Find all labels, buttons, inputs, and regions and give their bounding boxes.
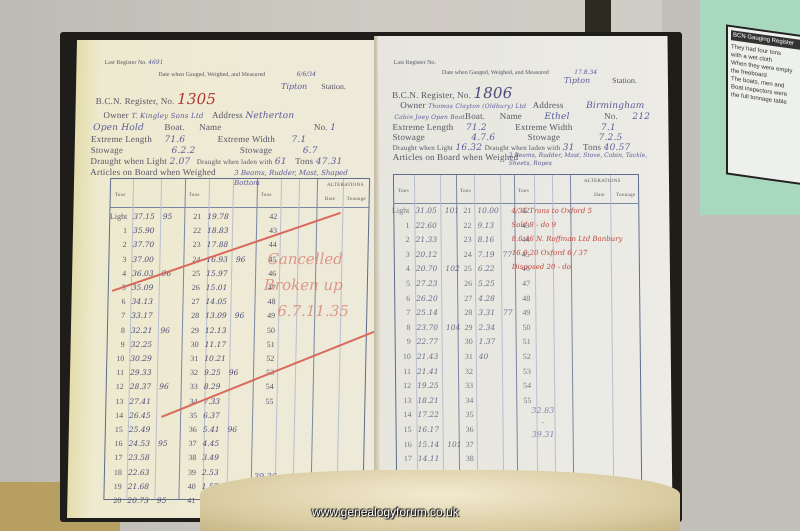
table-row: 733.17 (107, 311, 153, 320)
table-row: 2515.97 (182, 269, 228, 278)
row-inches: 23.58 (128, 453, 150, 462)
row-ton: 34 (455, 396, 473, 405)
last-register: Last Register No. (394, 58, 436, 68)
row-inches: 31.05 (415, 206, 437, 215)
last-register: Last Register No. 4691 (104, 58, 163, 68)
row-hundredths: 96 (159, 382, 169, 391)
row-ton: 40 (178, 482, 196, 491)
table-row: 38 (456, 454, 480, 463)
info-sign: BCN Gauging Register They had four tons … (726, 24, 800, 185)
table-row: 135.90 (109, 226, 155, 235)
table-row: 823.70104 (392, 323, 460, 332)
row-inches: 30.29 (130, 354, 152, 363)
row-ton: 21 (183, 212, 201, 221)
table-row: 527.23 (392, 279, 438, 288)
row-inches: 26.20 (416, 294, 438, 303)
row-ton: 52 (256, 354, 274, 363)
row-inches: 22.60 (415, 221, 437, 230)
table-row: 1219.25 (393, 381, 439, 390)
table-row: 337.00 (108, 255, 154, 264)
table-row: 392.53 (178, 468, 219, 477)
row-ton: 30 (181, 340, 199, 349)
row-ton: 3 (392, 250, 410, 259)
row-ton: 7 (107, 311, 125, 320)
row-inches: 27.41 (129, 397, 151, 406)
total-1: 32.83 (531, 406, 554, 416)
cancel-scrawl: Cancelled (267, 250, 343, 268)
row-ton: 16 (394, 440, 412, 449)
row-inches: 15.01 (206, 283, 228, 292)
length-width-line: Extreme Length 71.6 Extreme Width 7.1 (91, 134, 307, 145)
table-row: 48 (512, 294, 536, 303)
row-ton: Light (391, 206, 409, 215)
display-pole (585, 0, 611, 32)
row-ton: Light (109, 212, 127, 221)
table-row: 320.12 (392, 250, 438, 259)
table-row: 420.70102 (392, 264, 460, 273)
alteration-entry: Sold 8 - do 9 (511, 220, 556, 230)
table-row: 55 (255, 397, 279, 406)
row-ton: 29 (181, 326, 199, 335)
row-inches: 37.70 (133, 240, 155, 249)
row-ton: 19 (104, 482, 122, 491)
row-inches: 29.33 (130, 368, 152, 377)
table-row: Light31.05101 (391, 206, 459, 215)
articles-line: Articles on Board when Weighed (90, 167, 216, 177)
row-inches: 33.17 (131, 311, 153, 320)
row-ton: 31 (455, 352, 473, 361)
row-inches: 9.25 (204, 368, 221, 377)
col-header: Tons (189, 193, 200, 198)
cancel-scrawl: Broken up (264, 276, 343, 294)
draught-line: Draught when Light 2.07 Draught when lad… (90, 156, 342, 167)
row-inches: 20.12 (416, 250, 438, 259)
register-number: B.C.N. Register, No. 1806 (392, 88, 512, 100)
row-ton: 35 (455, 410, 473, 419)
row-ton: 37 (178, 439, 196, 448)
table-row: 51 (513, 337, 537, 346)
table-row: 2615.01 (182, 283, 228, 292)
row-hundredths: 77 (503, 308, 513, 317)
row-ton: 13 (393, 396, 411, 405)
row-ton: 55 (255, 397, 273, 406)
row-ton: 3 (108, 255, 126, 264)
alteration-entry: Disposed 20 - do (512, 262, 571, 272)
row-ton: 22 (183, 226, 201, 235)
row-ton: 7 (392, 308, 410, 317)
row-ton: 29 (454, 323, 472, 332)
row-ton: 32 (180, 368, 198, 377)
alterations-header: ALTERATIONS (327, 183, 364, 188)
station: Tipton Station. (281, 82, 346, 92)
row-inches: 1.37 (479, 337, 496, 346)
row-ton: 11 (106, 368, 124, 377)
row-ton: 2 (109, 240, 127, 249)
table-row: 2714.05 (181, 297, 227, 306)
row-ton: 10 (106, 354, 124, 363)
row-ton: 41 (177, 496, 195, 505)
table-row: 34 (455, 396, 479, 405)
row-inches: 15.97 (206, 269, 228, 278)
table-row: 3011.17 (181, 340, 227, 349)
row-hundredths: 96 (236, 255, 246, 264)
row-ton: 20 (103, 496, 121, 505)
table-row: 832.2196 (107, 326, 170, 335)
row-inches: 4.45 (202, 439, 219, 448)
register-number: B.C.N. Register, No. 1305 (96, 94, 217, 106)
table-row: 1822.63 (104, 468, 150, 477)
table-row: 35 (455, 410, 479, 419)
row-ton: 1 (109, 226, 127, 235)
row-ton: 30 (455, 337, 473, 346)
table-row: 1426.45 (105, 411, 151, 420)
row-ton: 27 (181, 297, 199, 306)
table-row: 365.4196 (179, 425, 237, 434)
row-inches: 11.17 (205, 340, 227, 349)
table-row: 229.13 (453, 221, 494, 230)
col-header: Tons (261, 193, 272, 198)
watermark: www.genealogyforum.co.uk (312, 505, 459, 519)
row-inches: 21.33 (416, 235, 438, 244)
table-row: 932.25 (107, 340, 153, 349)
row-inches: 10.21 (204, 354, 226, 363)
row-ton: 12 (393, 381, 411, 390)
row-inches: 8.29 (204, 382, 221, 391)
row-ton: 6 (392, 294, 410, 303)
table-row: 338.29 (180, 382, 221, 391)
row-ton: 53 (513, 367, 531, 376)
row-inches: 7.19 (478, 250, 495, 259)
row-ton: 49 (257, 311, 275, 320)
row-inches: 15.14 (418, 440, 440, 449)
row-inches: 2.34 (478, 323, 495, 332)
row-ton: 55 (513, 396, 531, 405)
row-inches: 6.37 (203, 411, 220, 420)
row-inches: 18.21 (417, 396, 439, 405)
row-ton: 11 (393, 367, 411, 376)
row-ton: 17 (104, 453, 122, 462)
table-row: 1714.11 (394, 454, 440, 463)
table-row: 2119.78 (183, 212, 229, 221)
row-inches: 19.78 (207, 212, 229, 221)
col-header: Tons (460, 189, 471, 194)
row-inches: 8.16 (478, 235, 495, 244)
row-inches: 25.14 (416, 308, 438, 317)
row-inches: 21.68 (128, 482, 150, 491)
table-row: 247.1977 (454, 250, 512, 259)
right-page: Last Register No. Date when Gauged, Weig… (377, 36, 672, 518)
alteration-entry: 8.6.46 N. Roffman Ltd Banbury (512, 234, 623, 244)
row-inches: 28.37 (130, 382, 152, 391)
row-hundredths: 96 (235, 311, 245, 320)
col-header: Tons (398, 189, 409, 194)
table-row: 2813.0996 (181, 311, 244, 320)
row-ton: 35 (179, 411, 197, 420)
row-ton: 37 (456, 440, 474, 449)
row-ton: 42 (259, 212, 277, 221)
row-ton: 8 (392, 323, 410, 332)
row-ton: 25 (454, 264, 472, 273)
row-inches: 32.21 (131, 326, 153, 335)
row-ton: 39 (178, 468, 196, 477)
table-row: 54 (256, 382, 280, 391)
table-row: 53 (513, 367, 537, 376)
table-row: 55 (513, 396, 537, 405)
row-ton: 23 (454, 235, 472, 244)
total-2: - (541, 418, 544, 428)
table-row: 356.37 (179, 411, 220, 420)
row-ton: 54 (256, 382, 274, 391)
row-inches: 5.41 (203, 425, 220, 434)
table-row: 122.60 (391, 221, 437, 230)
station: Tipton Station. (564, 76, 637, 86)
table-row: 1318.21 (393, 396, 439, 405)
table-row: 634.13 (107, 297, 153, 306)
row-ton: 25 (182, 269, 200, 278)
row-inches: 20.70 (416, 264, 438, 273)
table-row: 42 (259, 212, 283, 221)
row-ton: 16 (104, 439, 122, 448)
row-ton: 13 (105, 397, 123, 406)
table-row: 54 (513, 381, 537, 390)
table-row: 1121.41 (393, 367, 439, 376)
row-inches: 37.00 (132, 255, 154, 264)
left-page: Last Register No. 4691 Date when Gauged,… (67, 40, 383, 518)
table-row: 1021.43 (393, 352, 439, 361)
articles-value: 2 Beams, Rudder, Mast, Stove, Cabin, Tac… (509, 152, 659, 168)
row-ton: 4 (108, 269, 126, 278)
table-row: 1417.22 (393, 410, 439, 419)
row-ton: 10 (393, 352, 411, 361)
row-ton: 54 (513, 381, 531, 390)
table-row: 2110.00 (453, 206, 499, 215)
row-inches: 17.88 (207, 240, 229, 249)
row-inches: 3.31 (478, 308, 495, 317)
table-row: 329.2596 (180, 368, 238, 377)
row-ton: 4 (392, 264, 410, 273)
row-inches: 21.43 (417, 352, 439, 361)
table-row: 1228.3796 (106, 382, 169, 391)
stowage-line: Stowage 6.2.2 Stowage 6.7 (91, 145, 318, 156)
row-ton: 32 (455, 367, 473, 376)
table-row: 37 (456, 440, 480, 449)
alt-tonnage-header: Tonnage (616, 193, 635, 198)
table-row: 283.3177 (454, 308, 512, 317)
row-inches: 24.53 (128, 439, 150, 448)
table-row: 47 (512, 279, 536, 288)
table-row: 265.25 (454, 279, 495, 288)
table-row: 374.45 (178, 439, 219, 448)
table-row: Light37.1595 (109, 212, 172, 221)
row-inches: 21.41 (417, 367, 439, 376)
row-ton: 26 (182, 283, 200, 292)
row-hundredths: 96 (229, 368, 239, 377)
row-ton: 48 (512, 294, 530, 303)
date-gauged: Date when Gauged, Weighed, and Measured … (158, 70, 316, 80)
row-ton: 50 (512, 323, 530, 332)
row-ton: 6 (107, 297, 125, 306)
row-ton: 33 (180, 382, 198, 391)
row-inches: 2.53 (202, 468, 219, 477)
total-3: 39.31 (532, 430, 555, 440)
row-inches: 17.22 (417, 410, 439, 419)
table-row: 2020.7395 (103, 496, 166, 505)
row-ton: 52 (513, 352, 531, 361)
table-row: 32 (455, 367, 479, 376)
row-inches: 26.45 (129, 411, 151, 420)
table-row: 292.34 (454, 323, 495, 332)
table-row: 237.70 (109, 240, 155, 249)
table-row: 52 (256, 354, 280, 363)
row-ton: 48 (257, 297, 275, 306)
row-inches: 18.83 (207, 226, 229, 235)
row-ton: 36 (179, 425, 197, 434)
table-row: 50 (512, 323, 536, 332)
table-row: 33 (455, 381, 479, 390)
row-inches: 40 (479, 352, 489, 361)
table-row: 1723.58 (104, 453, 150, 462)
row-hundredths: 95 (163, 212, 173, 221)
row-ton: 50 (257, 326, 275, 335)
row-ton: 31 (180, 354, 198, 363)
row-inches: 25.49 (129, 425, 151, 434)
table-row: 1921.68 (104, 482, 150, 491)
col-header: Tons (115, 193, 126, 198)
row-ton: 2 (392, 235, 410, 244)
table-row: 52 (513, 352, 537, 361)
table-row: 1327.41 (105, 397, 151, 406)
alteration-entry: 4/35 Trans to Oxford 5 (511, 206, 592, 216)
row-ton: 23 (183, 240, 201, 249)
row-ton: 1 (391, 221, 409, 230)
col-header: Tons (518, 189, 529, 194)
row-inches: 27.23 (416, 279, 438, 288)
row-ton: 28 (181, 311, 199, 320)
row-inches: 20.73 (127, 496, 149, 505)
row-ton: 8 (107, 326, 125, 335)
table-row: 2912.13 (181, 326, 227, 335)
row-inches: 13.09 (205, 311, 227, 320)
table-row: 1516.17 (394, 425, 440, 434)
row-ton: 36 (456, 425, 474, 434)
row-ton: 33 (455, 381, 473, 390)
owner-line: Owner T. Kingley Sons Ltd Address Nether… (103, 110, 294, 121)
row-ton: 12 (106, 382, 124, 391)
alteration-entry: 16.6.20 Oxford 6 / 37 (512, 248, 588, 258)
row-inches: 16.17 (418, 425, 440, 434)
table-row: 2317.88 (183, 240, 229, 249)
row-ton: 5 (392, 279, 410, 288)
row-inches: 35.90 (133, 226, 155, 235)
row-ton: 27 (454, 294, 472, 303)
row-inches: 3.49 (202, 453, 219, 462)
boat-line: Open Hold Boat. Name No. 1 (93, 122, 336, 133)
row-inches: 32.25 (131, 340, 153, 349)
alt-date-header: Date (325, 197, 336, 202)
table-row: 383.49 (178, 453, 219, 462)
row-ton: 38 (456, 454, 474, 463)
alt-tonnage-header: Tonnage (347, 197, 366, 202)
table-row: 725.14 (392, 308, 438, 317)
table-row: 274.28 (454, 294, 495, 303)
table-row: 1525.49 (105, 425, 151, 434)
row-ton: 18 (104, 468, 122, 477)
row-inches: 22.63 (128, 468, 150, 477)
alterations-header: ALTERATIONS (584, 179, 621, 184)
alt-date-header: Date (594, 193, 605, 198)
row-hundredths: 95 (157, 496, 167, 505)
table-row: 36 (456, 425, 480, 434)
row-ton: 24 (454, 250, 472, 259)
row-ton: 15 (394, 425, 412, 434)
row-ton: 15 (105, 425, 123, 434)
row-inches: 4.28 (478, 294, 495, 303)
row-ton: 51 (513, 337, 531, 346)
table-row: 50 (257, 326, 281, 335)
row-inches: 23.70 (416, 323, 438, 332)
row-ton: 22 (453, 221, 471, 230)
row-ton: 47 (512, 279, 530, 288)
row-ton: 14 (105, 411, 123, 420)
row-ton: 9 (393, 337, 411, 346)
row-inches: 6.22 (478, 264, 495, 273)
row-inches: 5.25 (478, 279, 495, 288)
table-row: 1129.33 (106, 368, 152, 377)
row-inches: 14.11 (418, 454, 440, 463)
table-row: 3110.21 (180, 354, 226, 363)
table-row: 238.16 (454, 235, 495, 244)
row-ton: 26 (454, 279, 472, 288)
row-ton: 49 (512, 308, 530, 317)
table-row: 2218.83 (183, 226, 229, 235)
row-inches: 34.13 (131, 297, 153, 306)
row-inches: 14.05 (205, 297, 227, 306)
table-row: 626.20 (392, 294, 438, 303)
table-row: 221.33 (392, 235, 438, 244)
table-row: 51 (257, 340, 281, 349)
row-ton: 9 (107, 340, 125, 349)
row-hundredths: 96 (227, 425, 237, 434)
row-inches: 9.13 (477, 221, 494, 230)
table-row: 1615.14101 (394, 440, 462, 449)
row-inches: 12.13 (205, 326, 227, 335)
row-ton: 17 (394, 454, 412, 463)
table-row: 1030.29 (106, 354, 152, 363)
table-row: 3140 (455, 352, 489, 361)
row-inches: 22.77 (417, 337, 439, 346)
row-inches: 19.25 (417, 381, 439, 390)
row-inches: 35.09 (132, 283, 154, 292)
articles-line: Articles on Board when Weighed (393, 152, 519, 162)
cancel-scrawl: 6.7.11.35 (277, 302, 349, 320)
row-ton: 38 (178, 453, 196, 462)
row-ton: 44 (259, 240, 277, 249)
row-ton: 14 (393, 410, 411, 419)
row-ton: 28 (454, 308, 472, 317)
row-inches: 10.00 (477, 206, 499, 215)
table-row: 256.22 (454, 264, 495, 273)
row-ton: 51 (257, 340, 275, 349)
row-hundredths: 96 (160, 326, 170, 335)
table-row: 49 (512, 308, 536, 317)
row-ton: 21 (453, 206, 471, 215)
table-row: 44 (259, 240, 283, 249)
table-row: 301.37 (455, 337, 496, 346)
table-row: 1624.5395 (104, 439, 167, 448)
row-hundredths: 77 (502, 250, 512, 259)
row-inches: 37.15 (133, 212, 155, 221)
table-row: 922.77 (393, 337, 439, 346)
